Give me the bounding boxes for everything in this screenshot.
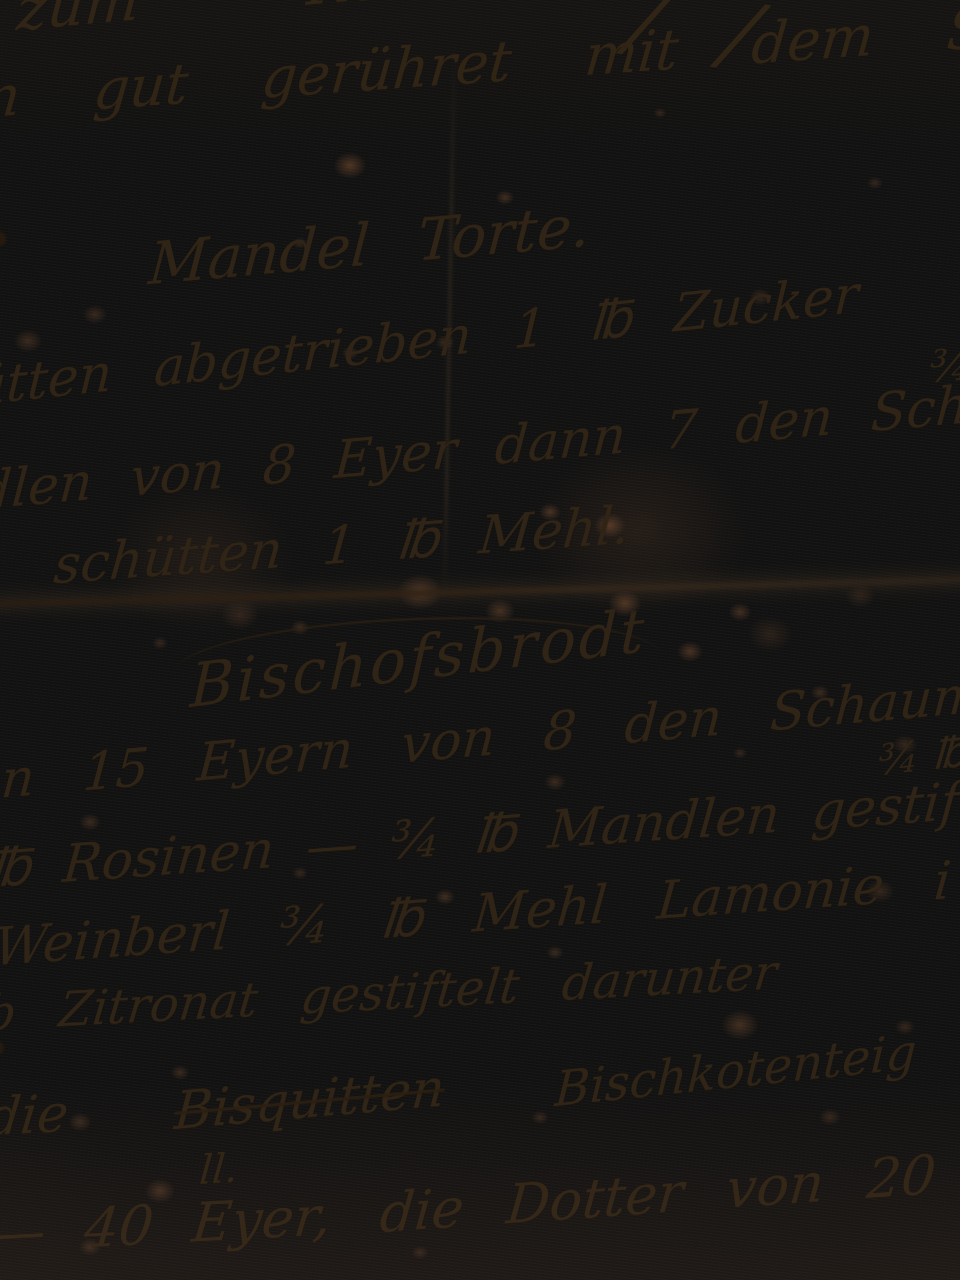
foxing-stain (739, 609, 801, 659)
handwritten-line: Bischkotenteig (552, 1024, 919, 1118)
manuscript-photo: zum Reihen / / n gut gerühret mit dem Sc… (0, 0, 960, 1280)
recipe-title-mandel-torte: Mandel Torte. (146, 191, 593, 297)
handwritten-text: Bischkotenteig (553, 1024, 917, 1119)
handwritten-text: die Dotter von 20 (377, 1143, 938, 1245)
foxing-stain (724, 599, 756, 625)
handwritten-text: — 40 Eyer, (0, 1184, 335, 1265)
foxing-stain (540, 770, 570, 794)
cut-ink-mark (0, 232, 6, 246)
foxing-stain (815, 1105, 845, 1129)
foxing-stain (651, 106, 669, 120)
foxing-stain (408, 1243, 432, 1262)
foxing-stain (75, 810, 105, 834)
foxing-stain (528, 1108, 552, 1127)
handwritten-line: die Dotter von 20 (378, 1143, 938, 1245)
handwritten-text: ll. (198, 1145, 240, 1194)
foxing-stain (672, 637, 708, 666)
handwritten-note: ll. (198, 1145, 239, 1194)
foxing-stain (327, 147, 373, 184)
foxing-stain (864, 174, 886, 192)
foxing-stain (287, 617, 313, 638)
foxing-stain (730, 745, 750, 761)
strikethrough-word: Bisquitten (172, 1058, 447, 1141)
handwritten-text: die (0, 1084, 71, 1149)
handwritten-line: die (0, 1084, 70, 1148)
foxing-stain (78, 301, 112, 328)
handwritten-line: — 40 Eyer, (0, 1184, 333, 1265)
handwritten-text: Mandel Torte. (147, 191, 593, 298)
foxing-stain (149, 634, 171, 652)
cut-ink-mark (0, 1042, 4, 1054)
handwritten-text: Bisquitten (172, 1058, 446, 1142)
